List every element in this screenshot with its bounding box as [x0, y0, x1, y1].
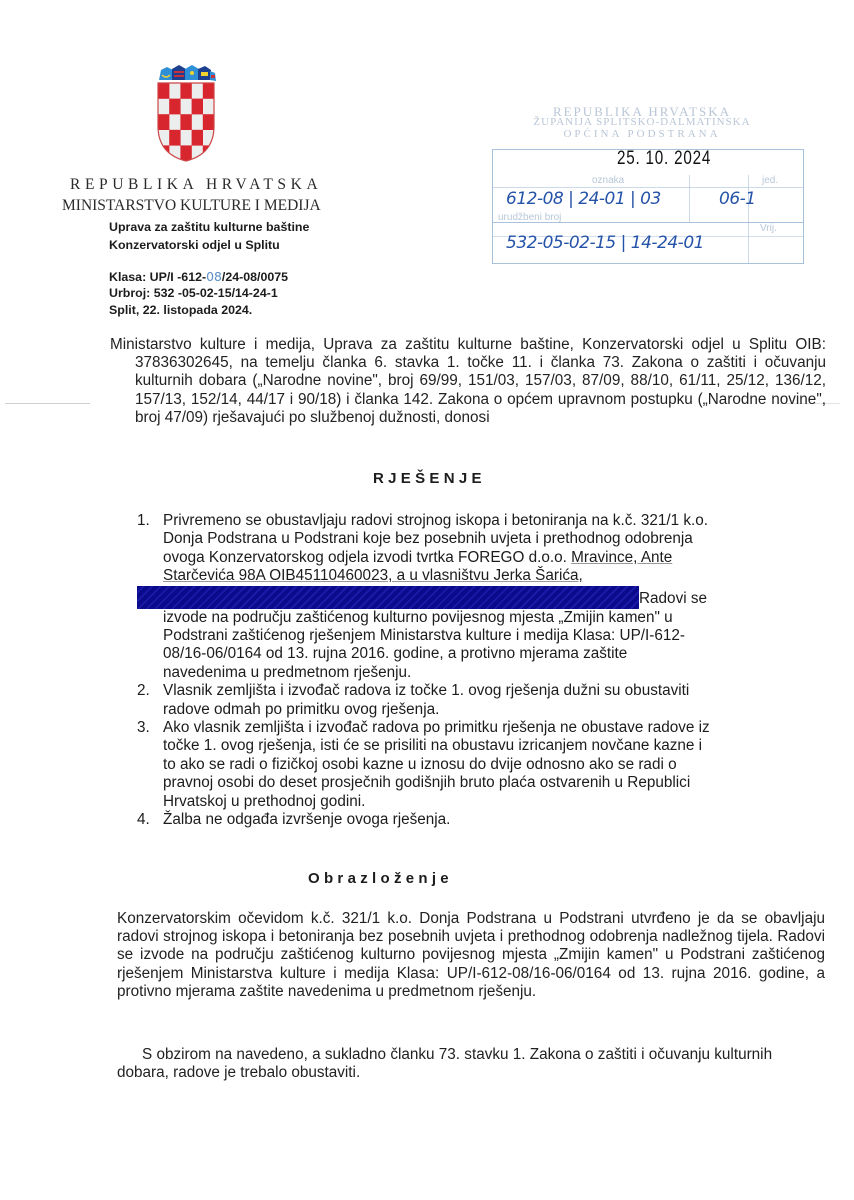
- item-number: 4.: [137, 811, 150, 829]
- stamp-received-date: 25. 10. 2024: [617, 148, 711, 170]
- klasa-prefix: Klasa: UP/I -612-: [109, 270, 206, 284]
- stamp-header-line3: OPĆINA PODSTRANA: [492, 128, 792, 140]
- receipt-stamp: REPUBLIKA HRVATSKA ŽUPANIJA SPLITSKO-DAL…: [492, 100, 812, 270]
- reasoning-paragraph-1: Konzervatorskim očevidom k.č. 321/1 k.o.…: [117, 910, 825, 1001]
- stamp-label-vrij: Vrij.: [760, 223, 777, 234]
- stamp-handwritten-urbroj: 532-05-02-15 | 14-24-01: [506, 233, 704, 253]
- redaction-bar: [137, 586, 639, 609]
- stamp-handwritten-klasa: 612-08 | 24-01 | 03: [506, 189, 661, 209]
- reasoning-paragraph-2: S obzirom na navedeno, a sukladno članku…: [117, 1046, 825, 1082]
- decision-item: 2. Vlasnik zemljišta i izvođač radova iz…: [137, 682, 711, 719]
- item-number: 1.: [137, 512, 150, 530]
- directorate-name: Uprava za zaštitu kulturne baštine: [109, 220, 309, 234]
- klasa-reference: Klasa: UP/I -612-08/24-08/0075: [109, 269, 288, 284]
- stamp-header-line2: ŽUPANIJA SPLITSKO-DALMATINSKA: [492, 116, 792, 128]
- decision-item: 4. Žalba ne odgađa izvršenje ovoga rješe…: [137, 811, 711, 829]
- intro-text: Ministarstvo kulture i medija, Uprava za…: [110, 336, 826, 427]
- klasa-suffix: /24-08/0075: [222, 270, 288, 284]
- item-text: Ako vlasnik zemljišta i izvođač radova p…: [163, 719, 710, 810]
- stamp-handwritten-jed: 06-1: [719, 189, 756, 209]
- ministry-name: MINISTARSTVO KULTURE I MEDIJA: [62, 197, 321, 215]
- klasa-handwritten-correction: 08: [206, 269, 222, 284]
- item-number: 3.: [137, 719, 150, 737]
- stamp-label-urudzbeni: urudžbeni broj: [498, 212, 561, 223]
- scan-artifact-left: [5, 403, 90, 404]
- croatian-coat-of-arms-icon: [155, 64, 217, 162]
- decision-items: 1. Privremeno se obustavljaju radovi str…: [137, 512, 711, 830]
- item-text: Žalba ne odgađa izvršenje ovoga rješenja…: [163, 811, 450, 828]
- intro-paragraph: Ministarstvo kulture i medija, Uprava za…: [110, 336, 826, 427]
- reasoning-paragraph-2-text: S obzirom na navedeno, a sukladno članku…: [117, 1046, 772, 1081]
- item-number: 2.: [137, 682, 150, 700]
- stamp-label-jed: jed.: [762, 175, 778, 186]
- place-and-date: Split, 22. listopada 2024.: [109, 303, 252, 317]
- item-text: Vlasnik zemljišta i izvođač radova iz to…: [163, 682, 689, 717]
- decision-item: 3. Ako vlasnik zemljišta i izvođač radov…: [137, 719, 711, 811]
- department-name: Konzervatorski odjel u Splitu: [109, 238, 280, 252]
- urbroj-reference: Urbroj: 532 -05-02-15/14-24-1: [109, 286, 278, 300]
- decision-item: 1. Privremeno se obustavljaju radovi str…: [137, 512, 711, 682]
- country-name: REPUBLIKA HRVATSKA: [70, 176, 322, 194]
- decision-title: RJEŠENJE: [373, 470, 486, 487]
- stamp-label-oznaka: oznaka: [592, 175, 624, 186]
- reasoning-title: Obrazloženje: [308, 870, 453, 887]
